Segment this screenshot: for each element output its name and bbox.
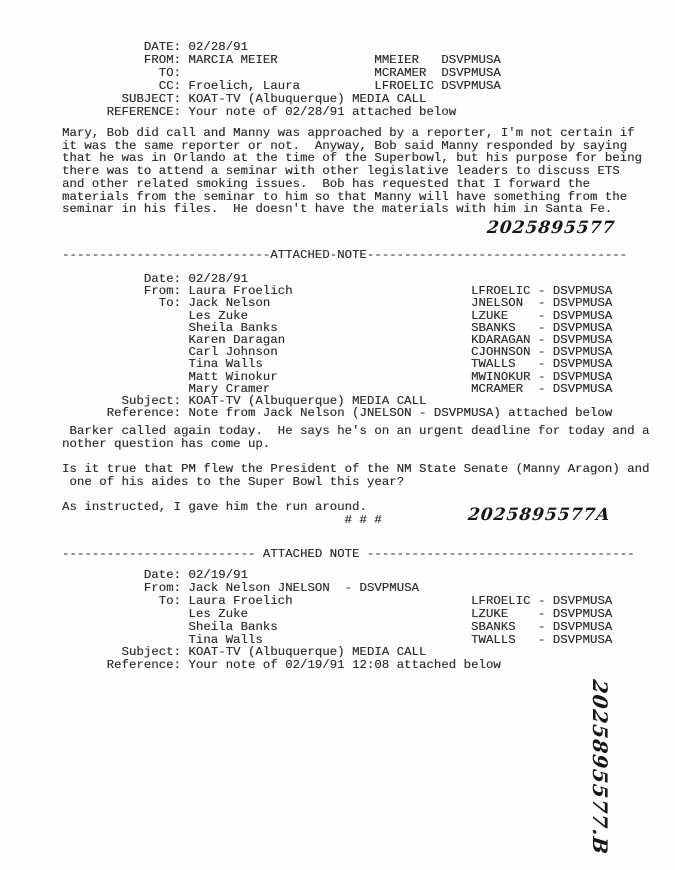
bates-stamp-handwritten-2: 2025895577A (467, 505, 612, 525)
scanned-memo-page: DATE: 02/28/91 FROM: MARCIA MEIER MMEIER… (0, 0, 675, 870)
bates-stamp-vertical: 2025895577.B (588, 678, 612, 856)
attached-note-1-header: Date: 02/28/91 From: Laura Froelich LFRO… (62, 273, 612, 419)
attached-note-2-header: Date: 02/19/91 From: Jack Nelson JNELSON… (62, 569, 612, 672)
memo-body-paragraph: Mary, Bob did call and Manny was approac… (62, 127, 642, 216)
memo-header: DATE: 02/28/91 FROM: MARCIA MEIER MMEIER… (62, 41, 501, 119)
bates-stamp-handwritten-1: 2025895577 (486, 218, 616, 238)
attached-note-divider-1: ----------------------------ATTACHED-NOT… (62, 249, 627, 262)
attached-note-divider-2: -------------------------- ATTACHED NOTE… (62, 548, 635, 561)
